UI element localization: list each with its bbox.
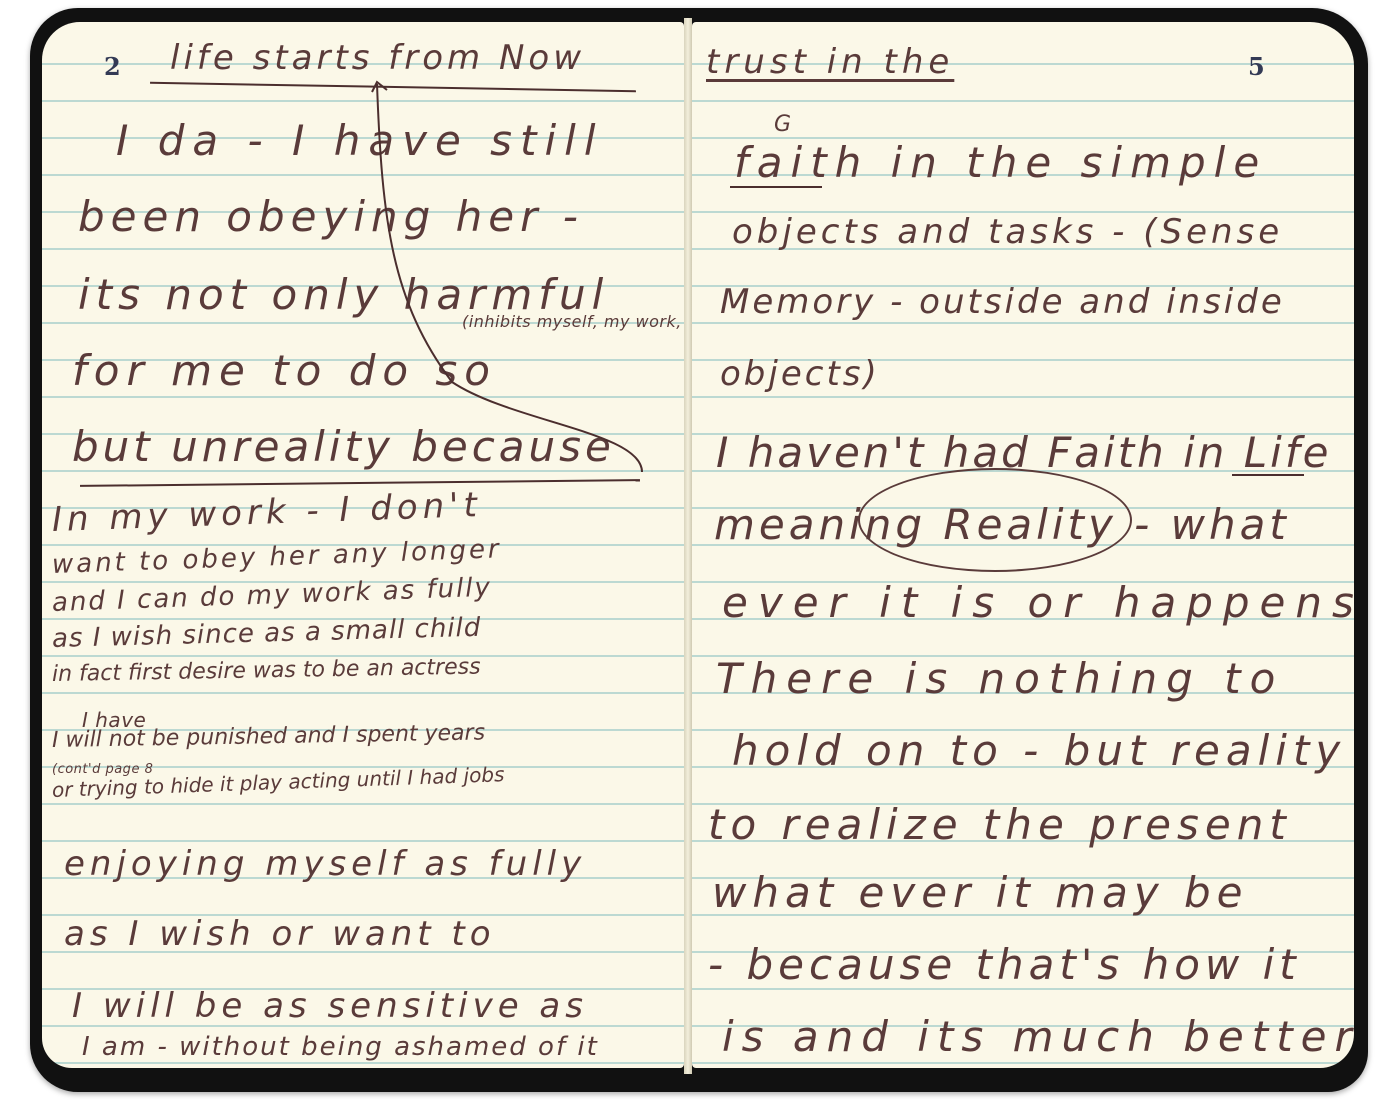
- handwritten-line: objects): [720, 354, 880, 394]
- insert-mark: G: [774, 112, 792, 137]
- handwritten-line: what ever it may be: [712, 868, 1249, 917]
- right-page: 5 trust in the G faith in the simple obj…: [692, 22, 1354, 1068]
- notebook-spine: [684, 18, 692, 1074]
- left-page: 2 life starts from Now I da - I have sti…: [42, 22, 684, 1068]
- arrow-connector-icon: [42, 22, 684, 1068]
- handwritten-line: - because that's how it: [708, 940, 1301, 989]
- handwritten-line: There is nothing to: [716, 654, 1284, 703]
- handwritten-line: objects and tasks - (Sense: [732, 212, 1283, 252]
- handwritten-line: hold on to - but reality: [732, 726, 1346, 775]
- life-underline: [1232, 474, 1304, 476]
- handwritten-line: Memory - outside and inside: [720, 282, 1285, 322]
- faith-underline: [730, 186, 822, 188]
- handwritten-line: ever it is or happens: [722, 578, 1354, 627]
- handwritten-line: meaning Reality - what: [714, 500, 1290, 549]
- handwritten-line: trust in the: [706, 42, 954, 82]
- page-number-right: 5: [1248, 52, 1265, 81]
- handwritten-line: faith in the simple: [734, 138, 1267, 187]
- handwritten-line: to realize the present: [708, 800, 1292, 849]
- handwritten-line: is and its much better: [722, 1012, 1354, 1061]
